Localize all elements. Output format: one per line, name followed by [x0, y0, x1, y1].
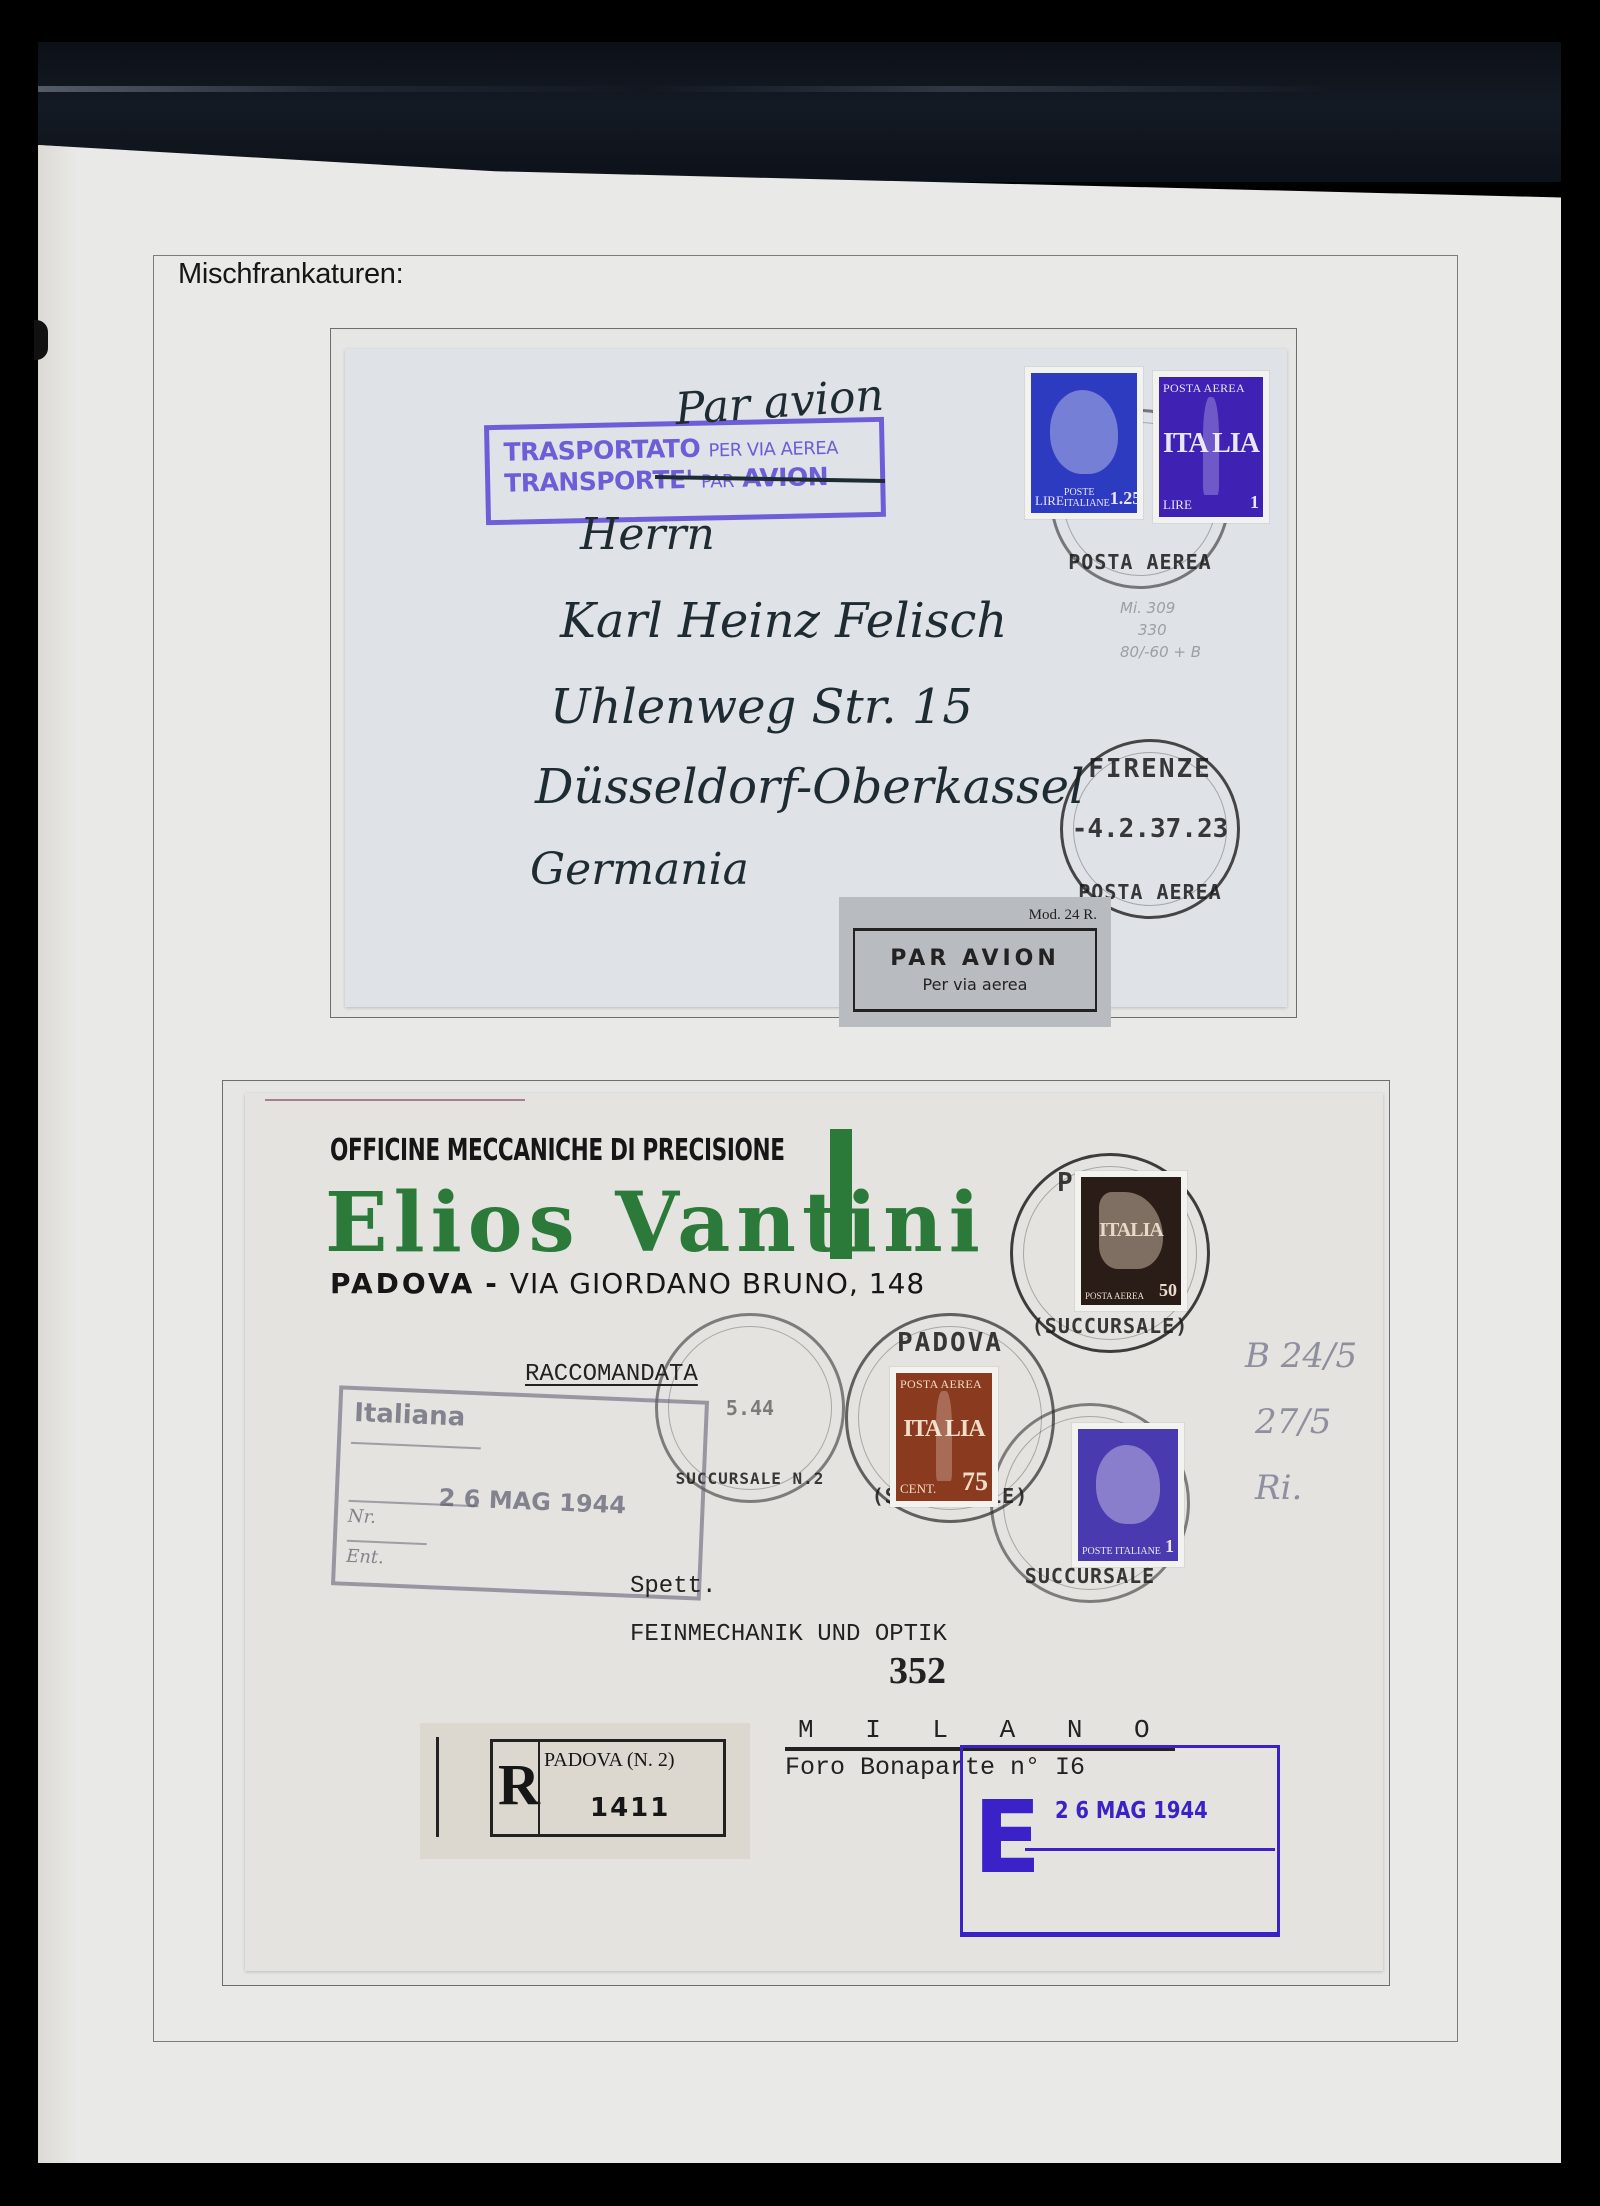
letterhead-address: PADOVA - VIA GIORDANO BRUNO, 148 [330, 1267, 925, 1300]
registered-marking: RACCOMANDATA [525, 1361, 698, 1388]
caesar-portrait-icon [1096, 1445, 1160, 1524]
letterhead-company: Elios Vantini [325, 1175, 986, 1271]
pegasus-icon [1099, 1192, 1163, 1269]
king-portrait-icon [1050, 390, 1118, 474]
registration-label: R PADOVA (N. 2) 1411 [420, 1723, 750, 1859]
cover-2-envelope[interactable]: OFFICINE MECCANICHE DI PRECISIONE Elios … [245, 1093, 1383, 1971]
address-line: Germania [530, 844, 749, 895]
stamp-125-lire[interactable]: LIREPOSTE ITALIANE1.25 [1025, 367, 1143, 519]
address-line: Uhlenweg Str. 15 [550, 679, 973, 735]
censor-box: Italiana 2 6 MAG 1944 Nr. Ent. [331, 1385, 709, 1600]
allegory-figure-icon [1203, 397, 1220, 495]
recipient-salutation: Spett. [630, 1573, 716, 1600]
recipient-city: M I L A N O [798, 1715, 1168, 1745]
letterhead-tagline: OFFICINE MECCANICHE DI PRECISIONE [330, 1133, 785, 1168]
section-title: Mischfrankaturen: [178, 258, 403, 291]
recipient-name: FEINMECHANIK UND OPTIK [630, 1621, 947, 1648]
binder-ring-hole [34, 320, 48, 360]
stamp-1-lire-caesar[interactable]: POSTE ITALIANE1 [1072, 1423, 1184, 1567]
postmark-firenze: FIRENZE -4.2.37.23 POSTA AEREA [1060, 739, 1240, 919]
pencil-notes: B 24/5 27/5 Ri. [1245, 1323, 1357, 1521]
allegory-figure-icon [936, 1391, 951, 1481]
address-line: Düsseldorf-Oberkassel [535, 759, 1084, 815]
arrival-box-stamp: E 2 6 MAG 1944 [960, 1745, 1280, 1937]
stamp-1-lire-airmail[interactable]: POSTA AEREA ITA LIA LIRE1 [1153, 371, 1269, 523]
envelope-tear [265, 1099, 525, 1105]
address-line: Herrn [580, 509, 715, 560]
cover-mount-1: TRASPORTATO PER VIA AEREA TRANSPORTE' PA… [330, 328, 1297, 1018]
address-line: Karl Heinz Felisch [560, 593, 1007, 649]
stamp-50-cent-airmail[interactable]: ITALIA POSTA AEREA50 [1075, 1171, 1187, 1311]
handwritten-number: 352 [889, 1649, 946, 1693]
pencil-catalogue-note: Mi. 309 330 80/-60 + B [1120, 597, 1201, 663]
airmail-label: Mod. 24 R. PAR AVION Per via aerea [839, 897, 1111, 1027]
cover-mount-2: OFFICINE MECCANICHE DI PRECISIONE Elios … [222, 1080, 1390, 1986]
stamp-75-cent-airmail[interactable]: POSTA AEREA ITA LIA CENT.75 [890, 1367, 998, 1507]
cover-1-envelope[interactable]: TRASPORTATO PER VIA AEREA TRANSPORTE' PA… [345, 349, 1287, 1007]
